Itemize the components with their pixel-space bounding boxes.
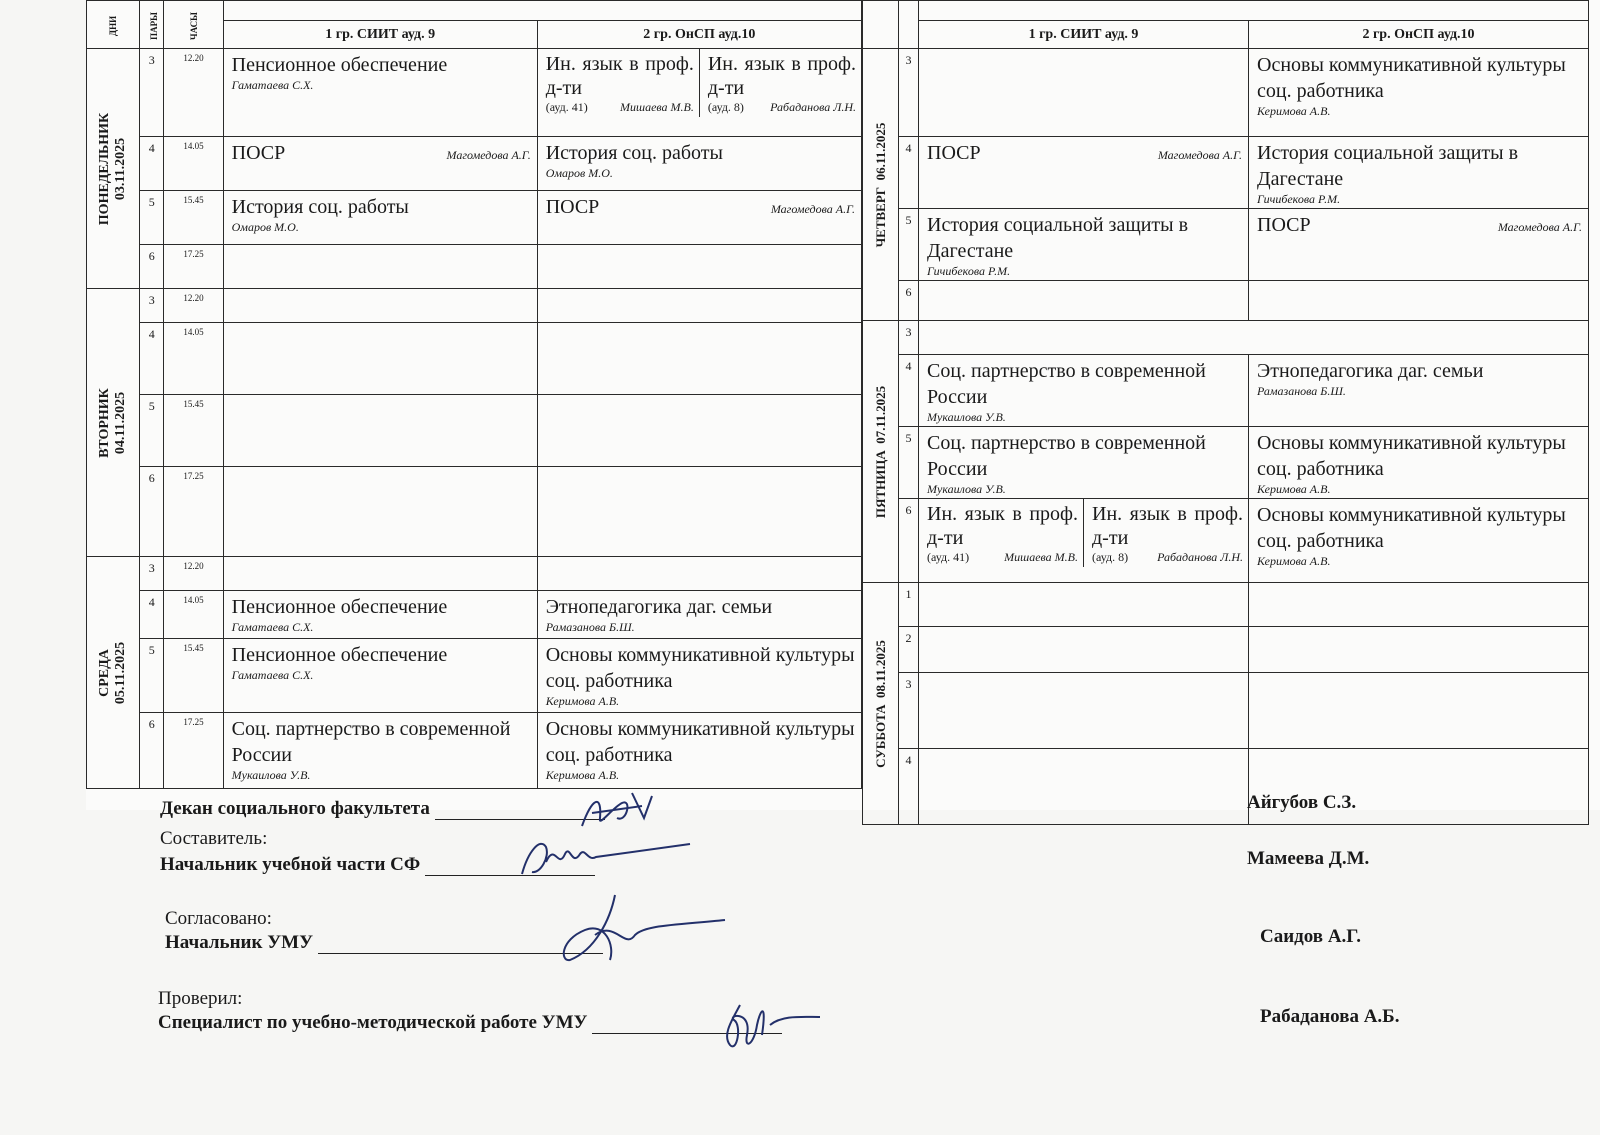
subject: Пенсионное обеспечение bbox=[232, 52, 531, 78]
pair-number: 6 bbox=[899, 499, 919, 583]
group1-cell: Пенсионное обеспечение Гаматаева С.Х. bbox=[223, 639, 537, 713]
group2-cell bbox=[537, 289, 861, 323]
schedule-row: ВТОРНИК04.11.2025312.20 bbox=[87, 289, 862, 323]
room: (ауд. 8) bbox=[708, 100, 744, 115]
group2-header: 2 гр. ОнСП ауд.10 bbox=[537, 21, 861, 49]
group1-cell: Ин. язык в проф. д-ти (ауд. 41) Мишаева … bbox=[919, 499, 1249, 583]
header-spacer-right bbox=[919, 1, 1589, 21]
subject: ПОСР bbox=[1257, 212, 1311, 238]
group1-cell: Соц. партнерство в современной России Му… bbox=[223, 713, 537, 789]
schedule-row: 6 bbox=[863, 281, 1589, 321]
schedule-row: 617.25 bbox=[87, 245, 862, 289]
group1-cell: ПОСР Магомедова А.Г. bbox=[919, 137, 1249, 209]
group1-cell: История соц. работы Омаров М.О. bbox=[223, 191, 537, 245]
group2-cell: Основы коммуникативной культуры соц. раб… bbox=[1249, 427, 1589, 499]
umu-signature-row: Начальник УМУ bbox=[165, 932, 603, 954]
schedule-row: 414.05 bbox=[87, 323, 862, 395]
lesson: ПОСР Магомедова А.Г. bbox=[538, 191, 861, 222]
subject: Основы коммуникативной культуры соц. раб… bbox=[1257, 502, 1582, 554]
pair-time: 14.05 bbox=[164, 591, 223, 639]
compiler-label: Составитель: bbox=[160, 828, 267, 850]
dean-signature-icon bbox=[572, 788, 662, 833]
pair-time: 15.45 bbox=[164, 191, 223, 245]
group2-cell bbox=[1249, 583, 1589, 627]
schedule-row: 5 История социальной защиты в Дагестане … bbox=[863, 209, 1589, 281]
pair-number: 3 bbox=[899, 49, 919, 137]
lesson: Этнопедагогика даг. семьи Рамазанова Б.Ш… bbox=[538, 591, 861, 636]
pair-number: 6 bbox=[899, 281, 919, 321]
schedule-row: 515.45 Пенсионное обеспечение Гаматаева … bbox=[87, 639, 862, 713]
subject: История социальной защиты в Дагестане bbox=[1257, 140, 1582, 192]
pair-number: 5 bbox=[899, 427, 919, 499]
lesson: Соц. партнерство в современной России Му… bbox=[919, 427, 1248, 498]
subject: ПОСР bbox=[232, 140, 286, 166]
day-cell: СРЕДА05.11.2025 bbox=[87, 557, 140, 789]
pair-number: 1 bbox=[899, 583, 919, 627]
lesson: Основы коммуникативной культуры соц. раб… bbox=[1249, 49, 1588, 120]
subject: Ин. язык в проф. д-ти bbox=[708, 52, 856, 100]
subject: История социальной защиты в Дагестане bbox=[927, 212, 1242, 264]
group2-cell: Основы коммуникативной культуры соц. раб… bbox=[1249, 49, 1589, 137]
lesson: Соц. партнерство в современной России Му… bbox=[224, 713, 537, 784]
day-cell: ПОНЕДЕЛЬНИК03.11.2025 bbox=[87, 49, 140, 289]
pair-number: 5 bbox=[140, 191, 164, 245]
pair-time: 15.45 bbox=[164, 639, 223, 713]
schedule-row: СУББОТА 08.11.20251 bbox=[863, 583, 1589, 627]
schedule-table-mon-wed: ДНИ ПАРЫ ЧАСЫ 1 гр. СИИТ ауд. 9 2 гр. Он… bbox=[86, 0, 862, 789]
teacher: Керимова А.В. bbox=[546, 768, 855, 782]
group2-cell bbox=[537, 395, 861, 467]
group2-cell: История социальной защиты в Дагестане Ги… bbox=[1249, 137, 1589, 209]
subgroup-lesson: Ин. язык в проф. д-ти (ауд. 41) Мишаева … bbox=[538, 49, 699, 117]
group1-cell bbox=[223, 323, 537, 395]
teacher: Магомедова А.Г. bbox=[1158, 148, 1242, 162]
subject: Соц. партнерство в современной России bbox=[927, 358, 1242, 410]
pair-number: 4 bbox=[899, 355, 919, 427]
schedule-row: 414.05 ПОСР Магомедова А.Г. История соц.… bbox=[87, 137, 862, 191]
group2-cell: Этнопедагогика даг. семьи Рамазанова Б.Ш… bbox=[1249, 355, 1589, 427]
lesson: История соц. работы Омаров М.О. bbox=[538, 137, 861, 182]
pair-number: 3 bbox=[140, 557, 164, 591]
pair-number: 6 bbox=[140, 245, 164, 289]
subject: История соц. работы bbox=[546, 140, 855, 166]
group2-cell: Основы коммуникативной культуры соц. раб… bbox=[1249, 499, 1589, 583]
head-name: Мамеева Д.М. bbox=[1247, 848, 1369, 870]
teacher: Гаматаева С.Х. bbox=[232, 668, 531, 682]
lesson: ПОСР Магомедова А.Г. bbox=[224, 137, 537, 168]
subject: Соц. партнерство в современной России bbox=[927, 430, 1242, 482]
schedule-row: 617.25 bbox=[87, 467, 862, 557]
merged-cell bbox=[919, 321, 1589, 355]
group1-cell bbox=[919, 49, 1249, 137]
teacher: Рабаданова Л.Н. bbox=[770, 100, 856, 115]
teacher: Магомедова А.Г. bbox=[771, 202, 855, 216]
pair-number: 3 bbox=[899, 673, 919, 749]
lesson: Пенсионное обеспечение Гаматаева С.Х. bbox=[224, 639, 537, 684]
subject: ПОСР bbox=[546, 194, 600, 220]
subject: Соц. партнерство в современной России bbox=[232, 716, 531, 768]
group1-cell bbox=[223, 557, 537, 591]
lesson: История соц. работы Омаров М.О. bbox=[224, 191, 537, 236]
pair-number: 5 bbox=[140, 395, 164, 467]
lesson: Основы коммуникативной культуры соц. раб… bbox=[1249, 427, 1588, 498]
group2-header-right: 2 гр. ОнСП ауд.10 bbox=[1249, 21, 1589, 49]
group2-cell: Этнопедагогика даг. семьи Рамазанова Б.Ш… bbox=[537, 591, 861, 639]
schedule-row: 6 Ин. язык в проф. д-ти (ауд. 41) Мишаев… bbox=[863, 499, 1589, 583]
group2-cell bbox=[537, 245, 861, 289]
lesson: ПОСР Магомедова А.Г. bbox=[919, 137, 1248, 168]
schedule-sheet: ДНИ ПАРЫ ЧАСЫ 1 гр. СИИТ ауд. 9 2 гр. Он… bbox=[86, 0, 1600, 810]
lesson: История социальной защиты в Дагестане Ги… bbox=[1249, 137, 1588, 208]
group1-header: 1 гр. СИИТ ауд. 9 bbox=[223, 21, 537, 49]
dean-name: Айгубов С.З. bbox=[1247, 792, 1356, 814]
schedule-row: ПОНЕДЕЛЬНИК03.11.2025312.20 Пенсионное о… bbox=[87, 49, 862, 137]
schedule-row: 3 bbox=[863, 673, 1589, 749]
umu-name: Саидов А.Г. bbox=[1260, 926, 1361, 948]
subject: Ин. язык в проф. д-ти bbox=[1092, 502, 1243, 550]
group1-cell bbox=[919, 673, 1249, 749]
day-cell: ВТОРНИК04.11.2025 bbox=[87, 289, 140, 557]
schedule-row: 4 ПОСР Магомедова А.Г. История социально… bbox=[863, 137, 1589, 209]
schedule-row: ПЯТНИЦА 07.11.20253 bbox=[863, 321, 1589, 355]
checked-label: Проверил: bbox=[158, 988, 242, 1010]
agreed-label: Согласовано: bbox=[165, 908, 272, 930]
teacher: Гичибекова Р.М. bbox=[927, 264, 1242, 278]
pair-number: 3 bbox=[140, 49, 164, 137]
subject: Пенсионное обеспечение bbox=[232, 594, 531, 620]
specialist-name: Рабаданова А.Б. bbox=[1260, 1006, 1400, 1028]
dean-signature-row: Декан социального факультета bbox=[160, 798, 605, 820]
schedule-row: 2 bbox=[863, 627, 1589, 673]
lesson: Пенсионное обеспечение Гаматаева С.Х. bbox=[224, 591, 537, 636]
pair-number: 3 bbox=[899, 321, 919, 355]
teacher: Мукаилова У.В. bbox=[927, 410, 1242, 424]
lesson: Пенсионное обеспечение Гаматаева С.Х. bbox=[224, 49, 537, 94]
pair-time: 17.25 bbox=[164, 245, 223, 289]
subject: Основы коммуникативной культуры соц. раб… bbox=[546, 716, 855, 768]
group2-cell bbox=[1249, 627, 1589, 673]
group2-cell: Ин. язык в проф. д-ти (ауд. 41) Мишаева … bbox=[537, 49, 861, 137]
schedule-row: СРЕДА05.11.2025312.20 bbox=[87, 557, 862, 591]
group1-cell bbox=[919, 583, 1249, 627]
teacher: Гаматаева С.Х. bbox=[232, 620, 531, 634]
pair-number: 3 bbox=[140, 289, 164, 323]
group1-cell bbox=[919, 627, 1249, 673]
day-cell: ЧЕТВЕРГ 06.11.2025 bbox=[863, 49, 899, 321]
teacher: Гичибекова Р.М. bbox=[1257, 192, 1582, 206]
group1-cell: Пенсионное обеспечение Гаматаева С.Х. bbox=[223, 591, 537, 639]
subject: Ин. язык в проф. д-ти bbox=[927, 502, 1078, 550]
subgroup-lesson: Ин. язык в проф. д-ти (ауд. 8) Рабаданов… bbox=[1083, 499, 1248, 567]
schedule-row: 4 Соц. партнерство в современной России … bbox=[863, 355, 1589, 427]
pair-number: 4 bbox=[899, 137, 919, 209]
schedule-row: 414.05 Пенсионное обеспечение Гаматаева … bbox=[87, 591, 862, 639]
lesson: Основы коммуникативной культуры соц. раб… bbox=[1249, 499, 1588, 570]
group1-header-right: 1 гр. СИИТ ауд. 9 bbox=[919, 21, 1249, 49]
schedule-row: 5 Соц. партнерство в современной России … bbox=[863, 427, 1589, 499]
subgroup-lesson: Ин. язык в проф. д-ти (ауд. 41) Мишаева … bbox=[919, 499, 1083, 567]
schedule-row: 617.25 Соц. партнерство в современной Ро… bbox=[87, 713, 862, 789]
group1-cell: Пенсионное обеспечение Гаматаева С.Х. bbox=[223, 49, 537, 137]
group1-cell: Соц. партнерство в современной России Му… bbox=[919, 355, 1249, 427]
teacher: Омаров М.О. bbox=[232, 220, 531, 234]
group2-cell: ПОСР Магомедова А.Г. bbox=[537, 191, 861, 245]
teacher: Мукаилова У.В. bbox=[927, 482, 1242, 496]
lesson: ПОСР Магомедова А.Г. bbox=[1249, 209, 1588, 240]
pair-number: 4 bbox=[140, 137, 164, 191]
teacher: Керимова А.В. bbox=[1257, 482, 1582, 496]
group2-cell: Основы коммуникативной культуры соц. раб… bbox=[537, 713, 861, 789]
pair-time: 12.20 bbox=[164, 557, 223, 591]
specialist-signature-row: Специалист по учебно-методической работе… bbox=[158, 1012, 782, 1034]
group2-cell bbox=[537, 557, 861, 591]
schedule-row: 515.45 История соц. работы Омаров М.О. П… bbox=[87, 191, 862, 245]
group1-cell bbox=[223, 467, 537, 557]
pair-time: 14.05 bbox=[164, 323, 223, 395]
head-signature-icon bbox=[510, 832, 700, 882]
schedule-table-thu-sat: 1 гр. СИИТ ауд. 9 2 гр. ОнСП ауд.10 ЧЕТВ… bbox=[862, 0, 1589, 825]
subject: Основы коммуникативной культуры соц. раб… bbox=[1257, 430, 1582, 482]
pair-time: 15.45 bbox=[164, 395, 223, 467]
room: (ауд. 41) bbox=[927, 550, 969, 565]
teacher: Магомедова А.Г. bbox=[1498, 220, 1582, 234]
teacher: Мишаева М.В. bbox=[620, 100, 694, 115]
group1-cell bbox=[223, 245, 537, 289]
subject: Ин. язык в проф. д-ти bbox=[546, 52, 694, 100]
pairs-header-right bbox=[899, 1, 919, 49]
group1-cell: Соц. партнерство в современной России Му… bbox=[919, 427, 1249, 499]
subgroup-lesson: Ин. язык в проф. д-ти (ауд. 8) Рабаданов… bbox=[699, 49, 861, 117]
pair-number: 5 bbox=[899, 209, 919, 281]
header-spacer bbox=[223, 1, 861, 21]
group2-cell bbox=[537, 323, 861, 395]
teacher: Мишаева М.В. bbox=[1004, 550, 1078, 565]
split-lesson: Ин. язык в проф. д-ти (ауд. 41) Мишаева … bbox=[919, 499, 1248, 567]
teacher: Керимова А.В. bbox=[546, 694, 855, 708]
lesson: Этнопедагогика даг. семьи Рамазанова Б.Ш… bbox=[1249, 355, 1588, 400]
pair-number: 2 bbox=[899, 627, 919, 673]
days-header-right bbox=[863, 1, 899, 49]
room: (ауд. 8) bbox=[1092, 550, 1128, 565]
teacher: Омаров М.О. bbox=[546, 166, 855, 180]
pair-number: 4 bbox=[140, 591, 164, 639]
teacher: Рабаданова Л.Н. bbox=[1157, 550, 1243, 565]
subject: ПОСР bbox=[927, 140, 981, 166]
subject: Основы коммуникативной культуры соц. раб… bbox=[546, 642, 855, 694]
lesson: Основы коммуникативной культуры соц. раб… bbox=[538, 639, 861, 710]
group1-cell: История социальной защиты в Дагестане Ги… bbox=[919, 209, 1249, 281]
pair-number: 6 bbox=[140, 467, 164, 557]
subject: Этнопедагогика даг. семьи bbox=[1257, 358, 1582, 384]
group2-cell: Основы коммуникативной культуры соц. раб… bbox=[537, 639, 861, 713]
teacher: Рамазанова Б.Ш. bbox=[1257, 384, 1582, 398]
day-cell: СУББОТА 08.11.2025 bbox=[863, 583, 899, 825]
teacher: Магомедова А.Г. bbox=[447, 148, 531, 162]
pair-number: 4 bbox=[140, 323, 164, 395]
days-header: ДНИ bbox=[87, 1, 140, 49]
group1-cell: ПОСР Магомедова А.Г. bbox=[223, 137, 537, 191]
signatures-block: Декан социального факультета Айгубов С.З… bbox=[0, 790, 1600, 1135]
subject: История соц. работы bbox=[232, 194, 531, 220]
pair-time: 14.05 bbox=[164, 137, 223, 191]
umu-signature-icon bbox=[555, 890, 735, 970]
teacher: Керимова А.В. bbox=[1257, 104, 1582, 118]
pair-number: 6 bbox=[140, 713, 164, 789]
group2-cell: ПОСР Магомедова А.Г. bbox=[1249, 209, 1589, 281]
lesson: Соц. партнерство в современной России Му… bbox=[919, 355, 1248, 426]
hours-header: ЧАСЫ bbox=[164, 1, 223, 49]
pair-time: 17.25 bbox=[164, 467, 223, 557]
subject: Этнопедагогика даг. семьи bbox=[546, 594, 855, 620]
day-cell: ПЯТНИЦА 07.11.2025 bbox=[863, 321, 899, 583]
group1-cell bbox=[223, 395, 537, 467]
pair-time: 12.20 bbox=[164, 49, 223, 137]
teacher: Мукаилова У.В. bbox=[232, 768, 531, 782]
pair-number: 5 bbox=[140, 639, 164, 713]
teacher: Гаматаева С.Х. bbox=[232, 78, 531, 92]
group1-cell bbox=[919, 281, 1249, 321]
teacher: Рамазанова Б.Ш. bbox=[546, 620, 855, 634]
lesson: Основы коммуникативной культуры соц. раб… bbox=[538, 713, 861, 784]
group2-cell bbox=[1249, 673, 1589, 749]
pair-time: 12.20 bbox=[164, 289, 223, 323]
pairs-header: ПАРЫ bbox=[140, 1, 164, 49]
group2-cell bbox=[1249, 281, 1589, 321]
group1-cell bbox=[223, 289, 537, 323]
schedule-row: 515.45 bbox=[87, 395, 862, 467]
split-lesson: Ин. язык в проф. д-ти (ауд. 41) Мишаева … bbox=[538, 49, 861, 117]
teacher: Керимова А.В. bbox=[1257, 554, 1582, 568]
subject: Основы коммуникативной культуры соц. раб… bbox=[1257, 52, 1582, 104]
group2-cell: История соц. работы Омаров М.О. bbox=[537, 137, 861, 191]
lesson: История социальной защиты в Дагестане Ги… bbox=[919, 209, 1248, 280]
room: (ауд. 41) bbox=[546, 100, 588, 115]
schedule-row: ЧЕТВЕРГ 06.11.20253 Основы коммуникативн… bbox=[863, 49, 1589, 137]
specialist-signature-icon bbox=[712, 995, 832, 1055]
group2-cell bbox=[537, 467, 861, 557]
subject: Пенсионное обеспечение bbox=[232, 642, 531, 668]
pair-time: 17.25 bbox=[164, 713, 223, 789]
